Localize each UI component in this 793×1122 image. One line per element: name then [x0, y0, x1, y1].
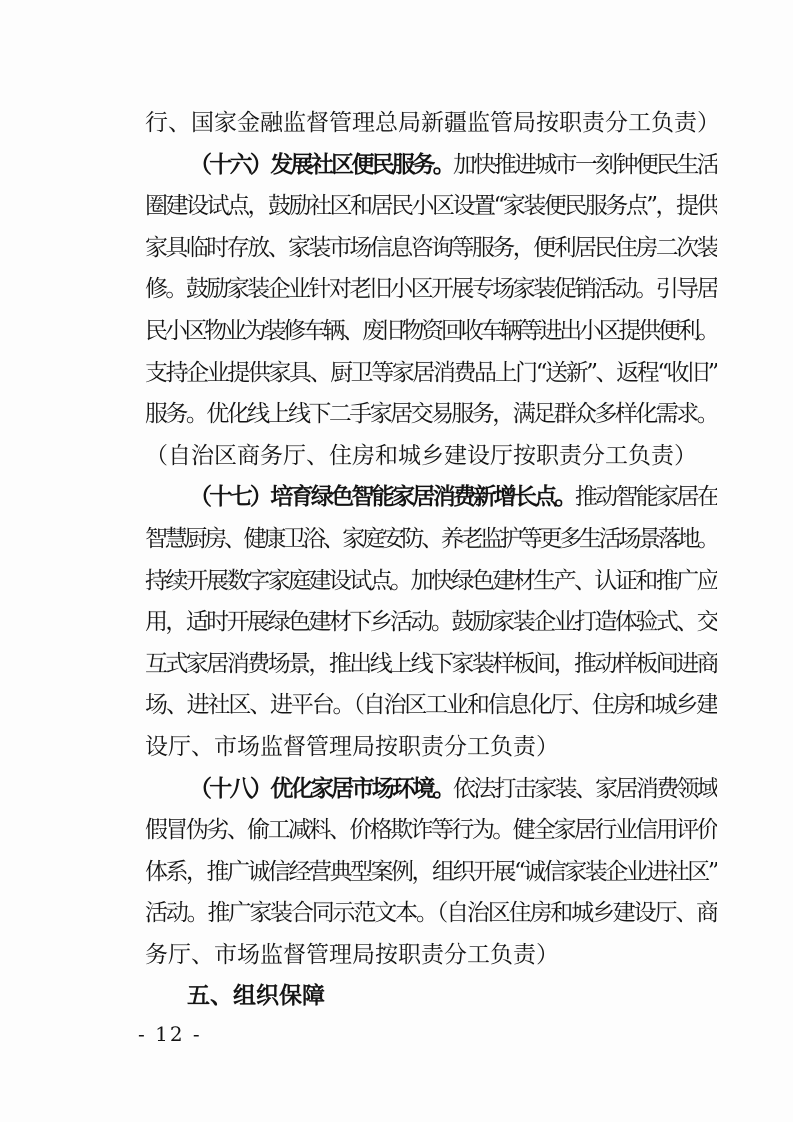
paragraph-line: 场、进社区、进平台。（自治区工业和信息化厅、住房和城乡建: [145, 685, 717, 727]
line-text: 服务。优化线上线下二手家居交易服务，满足群众多样化需求。: [145, 401, 717, 427]
paragraph-line: 务厅、市场监督管理局按职责分工负责）: [145, 935, 717, 977]
line-text: 行、国家金融监督管理总局新疆监管局按职责分工负责）: [145, 110, 717, 136]
paragraph-line: 民小区物业为装修车辆、废旧物资回收车辆等进出小区提供便利。: [145, 311, 717, 353]
line-text: 假冒伪劣、偷工减料、价格欺诈等行为。健全家居行业信用评价: [145, 817, 717, 843]
line-text: 智慧厨房、健康卫浴、家庭安防、养老监护等更多生活场景落地。: [145, 526, 717, 552]
page-number: - 12 -: [138, 1022, 202, 1046]
line-text: 加快推进城市一刻钟便民生活: [453, 152, 717, 178]
paragraph-line: 支持企业提供家具、厨卫等家居消费品上门“送新”、返程“收旧”: [145, 353, 717, 395]
paragraph-line: 家具临时存放、家装市场信息咨询等服务，便利居民住房二次装: [145, 228, 717, 270]
paragraph-line: 用，适时开展绿色建材下乡活动。鼓励家装企业打造体验式、交: [145, 602, 717, 644]
item-18-heading: （十八）优化家居市场环境。: [189, 776, 453, 802]
line-text: 依法打击家装、家居消费领域: [453, 776, 717, 802]
item-17-title-line: （十七）培育绿色智能家居消费新增长点。推动智能家居在: [145, 477, 717, 519]
paragraph-line: 持续开展数字家庭建设试点。加快绿色建材生产、认证和推广应: [145, 561, 717, 603]
item-18-title-line: （十八）优化家居市场环境。依法打击家装、家居消费领域: [145, 769, 717, 811]
item-16-title-line: （十六）发展社区便民服务。加快推进城市一刻钟便民生活: [145, 145, 717, 187]
section-heading: 五、组织保障: [145, 976, 717, 1018]
line-text: 推动智能家居在: [575, 484, 717, 510]
line-text: 体系，推广诚信经营典型案例，组织开展“诚信家装企业进社区”: [145, 859, 717, 885]
line-text: 民小区物业为装修车辆、废旧物资回收车辆等进出小区提供便利。: [145, 318, 717, 344]
paragraph-line: 体系，推广诚信经营典型案例，组织开展“诚信家装企业进社区”: [145, 852, 717, 894]
line-text: 用，适时开展绿色建材下乡活动。鼓励家装企业打造体验式、交: [145, 609, 717, 635]
line-text: 互式家居消费场景，推出线上线下家装样板间，推动样板间进商: [145, 651, 717, 677]
paragraph-line: 设厅、市场监督管理局按职责分工负责）: [145, 727, 717, 769]
line-text: 活动。推广家装合同示范文本。（自治区住房和城乡建设厅、商: [145, 900, 717, 926]
paragraph-line: 圈建设试点，鼓励社区和居民小区设置“家装便民服务点”，提供: [145, 186, 717, 228]
line-text: 修。鼓励家装企业针对老旧小区开展专场家装促销活动。引导居: [145, 276, 717, 302]
line-text: 设厅、市场监督管理局按职责分工负责）: [145, 734, 559, 760]
paragraph-line: 行、国家金融监督管理总局新疆监管局按职责分工负责）: [145, 103, 717, 145]
paragraph-line: 互式家居消费场景，推出线上线下家装样板间，推动样板间进商: [145, 644, 717, 686]
line-text: 支持企业提供家具、厨卫等家居消费品上门“送新”、返程“收旧”: [145, 360, 717, 386]
item-17-heading: （十七）培育绿色智能家居消费新增长点。: [189, 484, 575, 510]
line-text: 持续开展数字家庭建设试点。加快绿色建材生产、认证和推广应: [145, 568, 717, 594]
line-text: 家具临时存放、家装市场信息咨询等服务，便利居民住房二次装: [145, 235, 717, 261]
paragraph-line: 修。鼓励家装企业针对老旧小区开展专场家装促销活动。引导居: [145, 269, 717, 311]
document-page: 行、国家金融监督管理总局新疆监管局按职责分工负责） （十六）发展社区便民服务。加…: [0, 0, 793, 1122]
paragraph-line: 假冒伪劣、偷工减料、价格欺诈等行为。健全家居行业信用评价: [145, 810, 717, 852]
line-text: 圈建设试点，鼓励社区和居民小区设置“家装便民服务点”，提供: [145, 193, 717, 219]
line-text: （自治区商务厅、住房和城乡建设厅按职责分工负责）: [145, 443, 697, 469]
paragraph-line: （自治区商务厅、住房和城乡建设厅按职责分工负责）: [145, 436, 717, 478]
paragraph-line: 活动。推广家装合同示范文本。（自治区住房和城乡建设厅、商: [145, 893, 717, 935]
item-16-heading: （十六）发展社区便民服务。: [189, 152, 453, 178]
paragraph-line: 智慧厨房、健康卫浴、家庭安防、养老监护等更多生活场景落地。: [145, 519, 717, 561]
line-text: 务厅、市场监督管理局按职责分工负责）: [145, 942, 559, 968]
paragraph-line: 服务。优化线上线下二手家居交易服务，满足群众多样化需求。: [145, 394, 717, 436]
body-text: 行、国家金融监督管理总局新疆监管局按职责分工负责） （十六）发展社区便民服务。加…: [145, 103, 717, 1018]
line-text: 场、进社区、进平台。（自治区工业和信息化厅、住房和城乡建: [145, 692, 717, 718]
